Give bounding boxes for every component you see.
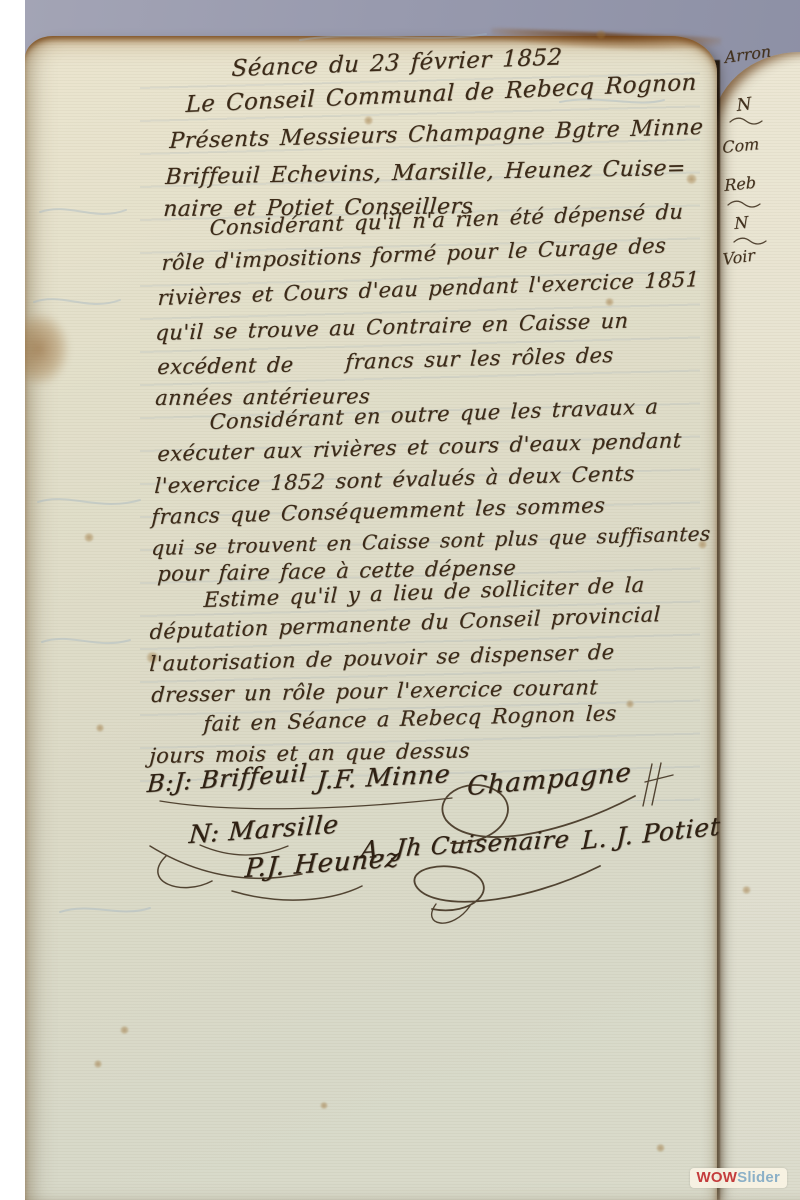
- wowslider-watermark[interactable]: WOWSlider: [690, 1168, 787, 1188]
- next-page-fragment: N: [736, 94, 752, 116]
- foxing-spot: [120, 1026, 129, 1034]
- foxing-spot: [742, 886, 751, 894]
- foxing-spot: [686, 174, 697, 184]
- paper-texture: [712, 52, 800, 1200]
- next-page-fragment: Com: [722, 134, 760, 157]
- photo-white-border: [0, 0, 25, 1200]
- watermark-wow-text: WOW: [697, 1169, 738, 1186]
- manuscript-photo: Séance du 23 février 1852Le Conseil Comm…: [0, 0, 800, 1200]
- foxing-spot: [94, 1060, 102, 1068]
- foxing-spot: [626, 700, 634, 708]
- foxing-spot: [320, 1102, 328, 1109]
- foxing-spot: [596, 30, 606, 39]
- next-page-fragment: Reb: [724, 173, 756, 195]
- foxing-spot: [605, 298, 614, 306]
- manuscript-line: excédent de: [157, 353, 294, 379]
- foxing-spot: [656, 1144, 665, 1152]
- watermark-slider-text: Slider: [737, 1169, 780, 1186]
- foxing-spot: [84, 533, 94, 542]
- next-page-fragment: N: [734, 213, 749, 233]
- foxing-spot: [96, 724, 104, 732]
- next-page-edge: [712, 52, 800, 1200]
